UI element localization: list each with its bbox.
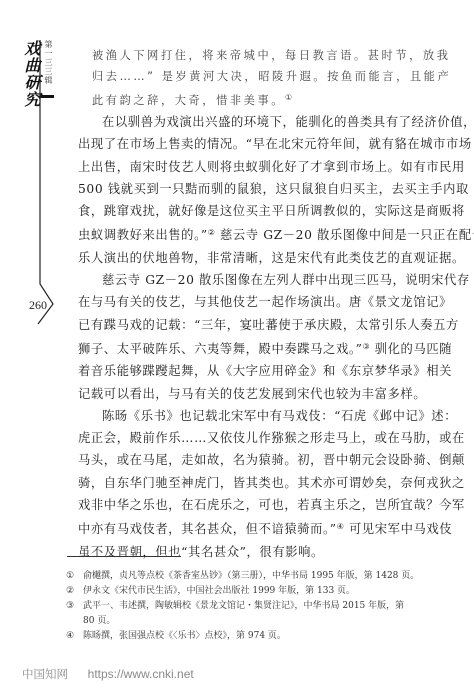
para-line: 慈云寺 GZ－20 散乐图像在左列人群中出现三匹马，说明宋代存 bbox=[78, 269, 464, 291]
para-line: 马头，或在马尾，走如故，名为猿骑。初，晋中朝元会设卧骑、倒颠 bbox=[78, 449, 464, 471]
footnote-divider bbox=[67, 556, 181, 557]
quote-line: 被渔人下网打住，将来帝城中，每日教言语。甚时节，放我 bbox=[92, 45, 464, 66]
para-line: 戏非中华之乐也，在石虎乐之，可也，若真主乐之，岂所宜哉？今军 bbox=[78, 494, 464, 516]
para-line-tail: 驯化的马匹随 bbox=[370, 342, 452, 356]
para-line: 在以驯兽为戏演出兴盛的环境下，能驯化的兽类具有了经济价值， bbox=[78, 111, 464, 133]
footnote-3-continuation: 80 页。 bbox=[66, 614, 466, 629]
para-line-text: 狮子、太平破阵乐、六夷等舞，殿中奏蹀马之戏。” bbox=[78, 342, 362, 356]
para-line: 在与马有关的伎艺，与其他伎艺一起作场演出。唐《景文龙馆记》 bbox=[78, 291, 464, 313]
para-line: 上出售，南宋时伎艺人则将虫蚁驯化好了才拿到市场上。如有市民用 bbox=[78, 156, 464, 178]
footnote-ref-2[interactable]: ② bbox=[208, 228, 216, 237]
paragraph-2: 慈云寺 GZ－20 散乐图像在左列人群中出现三匹马，说明宋代存 在与马有关的伎艺… bbox=[78, 269, 464, 405]
cnki-watermark: 中国知网 https://www.cnki.net bbox=[22, 666, 194, 682]
footnote-2: ② 伊永文《宋代市民生活》，中国社会出版社 1999 年版，第 133 页。 bbox=[66, 584, 466, 599]
para-line-text: 虫蚁调教好来出售的。” bbox=[78, 228, 208, 242]
para-line: 记载可以看出，与马有关的伎艺发展到宋代也较为丰富多样。 bbox=[78, 383, 464, 405]
footnote-text: 俞樾撰，贞凡等点校《茶香室丛钞》（第三册），中华书局 1995 年版，第 142… bbox=[83, 569, 419, 584]
para-line-tail: 慈云寺 GZ－20 散乐图像中间是一只正在配合 bbox=[216, 228, 474, 242]
para-line: 着音乐能够蹀躞起舞，从《大字应用碎金》和《东京梦华录》相关 bbox=[78, 360, 464, 382]
para-line: 虎正会，殿前作乐……又依伎儿作猕猴之形走马上，或在马肋，或在 bbox=[78, 427, 464, 449]
para-line: 陈旸《乐书》也记载北宋军中有马戏伎：“石虎《邺中记》述： bbox=[78, 405, 464, 427]
footnotes: ① 俞樾撰，贞凡等点校《茶香室丛钞》（第三册），中华书局 1995 年版，第 1… bbox=[66, 569, 466, 644]
quote-line-text: 此有韵之辞，大奇，惜非美事。 bbox=[92, 94, 285, 107]
quote-line: 归去……” 是岁黄河大决，昭陵升遐。按鱼而能言，且能产 bbox=[92, 66, 464, 87]
para-line: 中亦有马戏伎者，其名甚众，但不谙猿骑而。”④ 可见宋军中马戏伎 bbox=[78, 516, 464, 540]
footnote-3: ③ 武平一、韦述撰，陶敏辑校《景龙文馆记・集贤注记》，中华书局 2015 年版，… bbox=[66, 599, 466, 614]
footnote-text: 伊永文《宋代市民生活》，中国社会出版社 1999 年版，第 133 页。 bbox=[83, 584, 355, 599]
para-line: 虫蚁调教好来出售的。”② 慈云寺 GZ－20 散乐图像中间是一只正在配合 bbox=[78, 222, 464, 246]
margin-rule-with-page-tab bbox=[0, 0, 80, 340]
para-line: 乐人演出的伏地兽物，非常清晰，这是宋代有此类伎艺的直观证据。 bbox=[78, 247, 464, 269]
para-line: 500 钱就买到一只黠而驯的鼠狼，这只鼠狼自归买主，去买主手内取 bbox=[78, 178, 464, 200]
para-line: 骑，自东华门驰至神虎门，皆其类也。其术亦可谓妙矣，奈何戎狄之 bbox=[78, 472, 464, 494]
page-number: 260 bbox=[29, 298, 47, 313]
para-line-tail: 可见宋军中马戏伎 bbox=[344, 522, 452, 536]
watermark-url[interactable]: https://www.cnki.net bbox=[88, 667, 194, 681]
footnote-ref-1[interactable]: ① bbox=[285, 93, 295, 102]
para-line: 狮子、太平破阵乐、六夷等舞，殿中奏蹀马之戏。”③ 驯化的马匹随 bbox=[78, 336, 464, 360]
para-line: 虽不及晋朝，但也“其名甚众”，很有影响。 bbox=[78, 541, 464, 563]
footnote-text: 陈旸撰，张国强点校《〈乐书〉点校》，第 974 页。 bbox=[83, 629, 286, 644]
footnote-text: 武平一、韦述撰，陶敏辑校《景龙文馆记・集贤注记》，中华书局 2015 年版，第 bbox=[83, 599, 404, 614]
paragraph-1: 在以驯兽为戏演出兴盛的环境下，能驯化的兽类具有了经济价值， 出现了在市场上售卖的… bbox=[78, 111, 464, 269]
para-line: 食，跳窜戏扰，就好像是这位买主平日所调教似的，实际这是商贩将 bbox=[78, 200, 464, 222]
footnote-number: ③ bbox=[66, 599, 83, 614]
block-quote: 被渔人下网打住，将来帝城中，每日教言语。甚时节，放我 归去……” 是岁黄河大决，… bbox=[78, 45, 464, 111]
para-line: 已有蹀马戏的记载：“三年，宴吐蕃使于承庆殿，太常引乐人奏五方 bbox=[78, 314, 464, 336]
paragraph-3: 陈旸《乐书》也记载北宋军中有马戏伎：“石虎《邺中记》述： 虎正会，殿前作乐……又… bbox=[78, 405, 464, 563]
quote-line: 此有韵之辞，大奇，惜非美事。① bbox=[92, 87, 464, 111]
footnote-1: ① 俞樾撰，贞凡等点校《茶香室丛钞》（第三册），中华书局 1995 年版，第 1… bbox=[66, 569, 466, 584]
footnote-4: ④ 陈旸撰，张国强点校《〈乐书〉点校》，第 974 页。 bbox=[66, 629, 466, 644]
footnote-number: ② bbox=[66, 584, 83, 599]
para-line: 出现了在市场上售卖的情况。“早在北宋元符年间，就有貉在城市市场 bbox=[78, 133, 464, 155]
para-line-text: 中亦有马戏伎者，其名甚众，但不谙猿骑而。” bbox=[78, 522, 337, 536]
footnote-number: ④ bbox=[66, 629, 83, 644]
watermark-site-name: 中国知网 bbox=[22, 667, 68, 681]
article-body: 被渔人下网打住，将来帝城中，每日教言语。甚时节，放我 归去……” 是岁黄河大决，… bbox=[78, 45, 464, 563]
footnote-number: ① bbox=[66, 569, 83, 584]
